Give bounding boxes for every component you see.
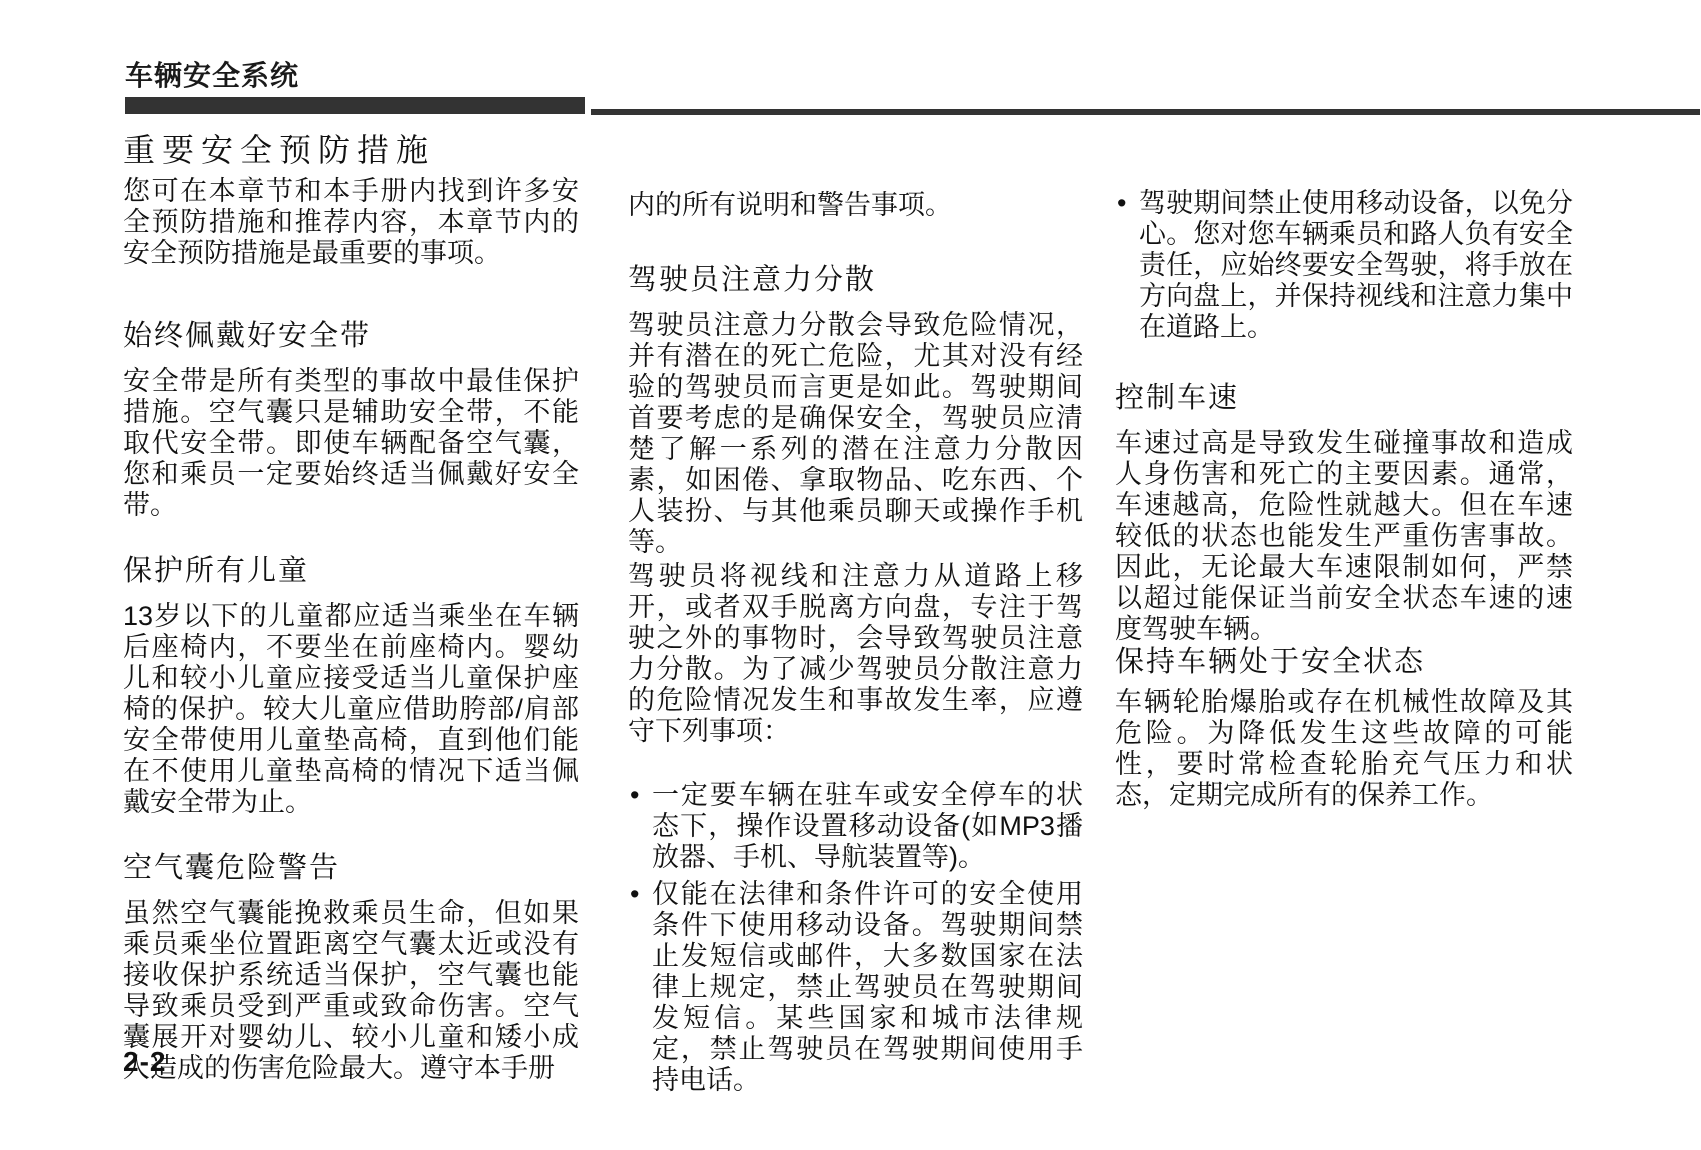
header-bar-thin	[591, 109, 1700, 115]
subsection-heading: 控制车速	[1115, 381, 1573, 415]
body-paragraph-continuation: 内的所有说明和警告事项。	[628, 190, 1083, 221]
column-middle: 内的所有说明和警告事项。 驾驶员注意力分散 驾驶员注意力分散会导致危险情况，并有…	[628, 190, 1083, 1096]
subsection-heading: 空气囊危险警告	[123, 851, 579, 885]
header-bar-thick	[125, 97, 585, 114]
body-paragraph: 驾驶员将视线和注意力从道路上移开，或者双手脱离方向盘，专注于驾驶之外的事物时，会…	[628, 561, 1083, 747]
bullet-item: 驾驶期间禁止使用移动设备，以免分心。您对您车辆乘员和路人负有安全责任，应始终要安…	[1115, 188, 1573, 343]
column-right: 驾驶期间禁止使用移动设备，以免分心。您对您车辆乘员和路人负有安全责任，应始终要安…	[1115, 188, 1573, 811]
chapter-header: 车辆安全系统	[125, 60, 299, 92]
body-paragraph: 车辆轮胎爆胎或存在机械性故障及其危险。为降低发生这些故障的可能性，要时常检查轮胎…	[1115, 687, 1573, 811]
bullet-list: 一定要车辆在驻车或安全停车的状态下，操作设置移动设备(如MP3播放器、手机、导航…	[628, 780, 1083, 1096]
column-left: 重要安全预防措施 您可在本章节和本手册内找到许多安全预防措施和推荐内容，本章节内…	[123, 130, 579, 1084]
subsection-heading: 驾驶员注意力分散	[628, 263, 1083, 297]
body-paragraph: 车速过高是导致发生碰撞事故和造成人身伤害和死亡的主要因素。通常，车速越高，危险性…	[1115, 428, 1573, 645]
body-paragraph: 安全带是所有类型的事故中最佳保护措施。空气囊只是辅助安全带，不能取代安全带。即使…	[123, 366, 579, 521]
subsection-heading: 保护所有儿童	[123, 554, 579, 588]
subsection-heading: 保持车辆处于安全状态	[1115, 645, 1573, 679]
bullet-list: 驾驶期间禁止使用移动设备，以免分心。您对您车辆乘员和路人负有安全责任，应始终要安…	[1115, 188, 1573, 343]
body-paragraph: 13岁以下的儿童都应适当乘坐在车辆后座椅内，不要坐在前座椅内。婴幼儿和较小儿童应…	[123, 601, 579, 818]
body-paragraph: 驾驶员注意力分散会导致危险情况，并有潜在的死亡危险，尤其对没有经验的驾驶员而言更…	[628, 310, 1083, 558]
page-number: 2-2	[123, 1046, 166, 1078]
manual-page: 车辆安全系统 重要安全预防措施 您可在本章节和本手册内找到许多安全预防措施和推荐…	[0, 0, 1701, 1150]
bullet-item: 仅能在法律和条件许可的安全使用条件下使用移动设备。驾驶期间禁止发短信或邮件，大多…	[628, 879, 1083, 1096]
body-paragraph: 虽然空气囊能挽救乘员生命，但如果乘员乘坐位置距离空气囊太近或没有接收保护系统适当…	[123, 898, 579, 1084]
subsection-heading: 始终佩戴好安全带	[123, 319, 579, 353]
section-title: 重要安全预防措施	[123, 130, 579, 170]
body-paragraph: 您可在本章节和本手册内找到许多安全预防措施和推荐内容，本章节内的安全预防措施是最…	[123, 176, 579, 269]
bullet-item: 一定要车辆在驻车或安全停车的状态下，操作设置移动设备(如MP3播放器、手机、导航…	[628, 780, 1083, 873]
